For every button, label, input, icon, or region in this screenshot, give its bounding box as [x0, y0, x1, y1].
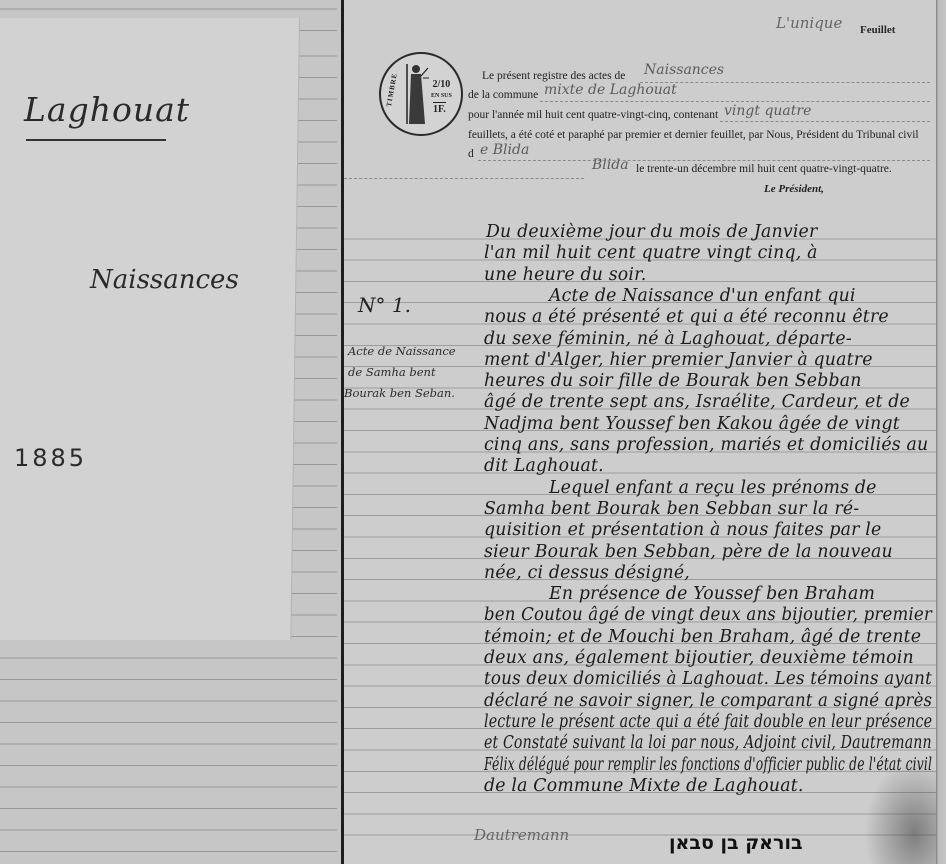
cover-year: 1885 [14, 444, 87, 472]
header-place-hand: Blida [592, 157, 629, 173]
act-text-line: cinq ans, sans profession, mariés et dom… [484, 435, 928, 455]
act-text-line: une heure du soir. [484, 265, 646, 285]
act-text-line: l'an mil huit cent quatre vingt cinq, à [484, 243, 818, 263]
act-text-line: dit Laghouat. [484, 456, 604, 476]
act-text-line: âgé de trente sept ans, Israélite, Carde… [484, 392, 910, 412]
act-text-line: du sexe féminin, né à Laghouat, départe- [484, 329, 852, 349]
act-text-line: lecture le présent acte qui a été fait d… [484, 712, 932, 732]
header-line-3: pour l'année mil huit cent quatre-vingt-… [468, 109, 718, 121]
tax-stamp: TIMBRE 2/10 EN SUS 1F. [379, 52, 463, 136]
act-text-line: et Constaté suivant la loi par nous, Adj… [484, 733, 932, 753]
margin-note-line-2: de Samha bent [348, 365, 436, 379]
header-dotline-5 [478, 160, 930, 161]
president-label: Le Président, [764, 183, 824, 195]
officer-signature: Dautremann [474, 826, 569, 844]
cover-town-name: Laghouat [24, 90, 190, 129]
header-line-2: de la commune [468, 89, 538, 101]
header-line-1: Le présent registre des actes de [482, 70, 625, 82]
stamp-value-top: 2/10 EN SUS [431, 80, 452, 101]
right-page: L'unique Feuillet TIMBRE 2/10 EN SUS 1F.… [344, 0, 936, 864]
act-text-line: Samha bent Bourak ben Sebban sur la ré- [484, 499, 859, 519]
act-text-line: Nadjma bent Youssef ben Kakou âgée de vi… [484, 414, 900, 434]
act-text-line: ment d'Alger, hier premier Janvier à qua… [484, 350, 873, 370]
stamp-value-top-sub: EN SUS [431, 93, 452, 99]
folio-label: Feuillet [860, 24, 895, 36]
margin-note-line-1: Acte de Naissance [348, 344, 456, 358]
folio-handwritten: L'unique [776, 14, 842, 32]
act-text-line: Du deuxième jour du mois de Janvier [486, 222, 817, 242]
header-dotline-6 [344, 178, 584, 179]
header-dotline-2 [540, 101, 930, 102]
act-text-line: Lequel enfant a reçu les prénoms de [549, 478, 877, 498]
act-text-line: Acte de Naissance d'un enfant qui [549, 286, 856, 306]
stamp-word: TIMBRE [385, 72, 399, 107]
act-text-line: née, ci dessus désigné, [484, 563, 690, 583]
act-text-line: sieur Bourak ben Sebban, père de la nouv… [484, 542, 893, 562]
act-number: N° 1. [358, 293, 411, 317]
act-text-line: En présence de Youssef ben Braham [549, 584, 875, 604]
header-commune-hand: mixte de Laghouat [544, 82, 677, 98]
next-page-edge [936, 0, 946, 864]
header-record-type-hand: Naissances [644, 62, 724, 78]
header-tribunal-hand: e Blida [480, 142, 529, 158]
header-line-6: le trente-un décembre mil huit cent quat… [636, 163, 892, 175]
ink-stain [864, 760, 936, 864]
header-dotline-1 [640, 82, 930, 83]
header-dotline-3 [720, 121, 930, 122]
cover-record-type: Naissances [90, 265, 239, 295]
justice-figure-icon [403, 60, 429, 128]
act-text-line: témoin; et de Mouchi ben Braham, âgé de … [484, 627, 921, 647]
cover-sheet: Laghouat Naissances 1885 [0, 18, 299, 640]
header-line-4: feuillets, a été coté et paraphé par pre… [468, 129, 919, 141]
act-text-line: ben Coutou âgé de vingt deux ans bijouti… [484, 605, 932, 625]
cover-town-underline [26, 139, 166, 141]
act-text-line: quisition et présentation à nous faites … [484, 520, 881, 540]
header-sheet-count-hand: vingt quatre [724, 103, 811, 119]
stamp-value-top-text: 2/10 [433, 79, 451, 90]
act-text-line: tous deux domiciliés à Laghouat. Les tém… [484, 669, 932, 689]
act-text-line: de la Commune Mixte de Laghouat. [484, 776, 804, 796]
declarant-signature-hebrew: בוראק בן סבאן [669, 832, 803, 854]
act-text-line: heures du soir fille de Bourak ben Sebba… [484, 371, 862, 391]
margin-note-line-3: Bourak ben Seban. [344, 386, 455, 400]
header-line-5: d [468, 148, 474, 160]
act-text-line: deux ans, également bijoutier, deuxième … [484, 648, 914, 668]
act-text-line: nous a été présenté et qui a été reconnu… [484, 307, 889, 327]
act-text-line: déclaré ne savoir signer, le comparant a… [484, 691, 932, 711]
stamp-value-bottom: 1F. [433, 102, 446, 115]
left-page: Laghouat Naissances 1885 [0, 0, 342, 864]
